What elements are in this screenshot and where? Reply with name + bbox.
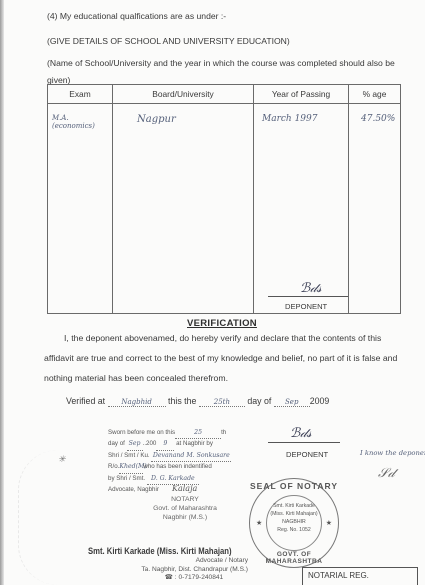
table-row: M.A. (economics) Nagpur March 1997 47.50…: [48, 104, 401, 314]
sworn-deponent-name: Devanand M. Sonkusare: [151, 451, 231, 462]
verified-at-label: Verified at: [66, 396, 105, 406]
section-instruction: (GIVE DETAILS OF SCHOOL AND UNIVERSITY E…: [47, 36, 290, 46]
notary-role: Advocate / Notary: [100, 557, 248, 566]
notary-title: NOTARY: [125, 495, 245, 504]
deponent-signature: ℬ𝒹𝓈: [300, 281, 322, 296]
page-edge: [0, 0, 4, 585]
deponent-label: DEPONENT: [285, 302, 327, 311]
header-exam: Exam: [48, 85, 113, 104]
notary-place: Nagbhir (M.S.): [125, 513, 245, 522]
sworn-line2-suffix: at Nagbhir by: [176, 440, 213, 447]
notarial-reg-box: NOTARIAL REG.: [302, 567, 418, 585]
sworn-year-prefix: 200: [146, 440, 156, 447]
sworn-line4-prefix: R/o.: [108, 463, 119, 470]
identifier-signature: 𝒮𝒹: [378, 466, 395, 481]
verified-line: Verified at Nagbhid this the 25th day of…: [66, 396, 329, 407]
seal-place: NAGBHIR: [267, 518, 321, 526]
star-icon: ★: [256, 519, 262, 527]
notary-address: Ta. Nagbhir, Dist. Chandrapur (M.S.): [100, 566, 248, 575]
table-header-row: Exam Board/University Year of Passing % …: [48, 85, 401, 104]
month-value: Sep: [274, 398, 310, 407]
sworn-line6: Advocate, Nagbhir: [108, 485, 231, 495]
sworn-year-value: 9: [156, 439, 174, 450]
this-the-label: this the: [168, 396, 196, 406]
seal-top-text: SEAL OF NOTARY: [250, 481, 338, 491]
sworn-residence: Khed(M): [119, 462, 143, 473]
signature-line-2: [268, 442, 340, 443]
notary-block: NOTARY Govt. of Maharashtra Nagbhir (M.S…: [125, 495, 245, 522]
notary-address-block: Advocate / Notary Ta. Nagbhir, Dist. Cha…: [100, 557, 248, 583]
section-note-line1: (Name of School/University and the year …: [47, 58, 395, 68]
seal-center: Smt. Kirti Karkade (Miss. Kirti Mahajan)…: [266, 495, 322, 551]
identifier-note: I know the deponent: [360, 449, 425, 457]
notary-seal: SEAL OF NOTARY ★ ★ Smt. Kirti Karkade (M…: [249, 478, 339, 568]
notary-phone: ☎ : 0-7179-240841: [100, 574, 248, 583]
verification-line3: nothing material has been concealed ther…: [44, 368, 404, 388]
cell-board: Nagpur: [113, 104, 254, 314]
stamp-initials: ✳: [58, 455, 66, 465]
sworn-line1-prefix: Sworn before me on this: [108, 429, 175, 436]
sworn-day: 25: [175, 428, 221, 439]
header-percent: % age: [349, 85, 401, 104]
sworn-line4-suffix: who has been indentified: [143, 463, 211, 470]
sworn-block: Sworn before me on this25th day of Sep..…: [108, 428, 231, 495]
cell-percent: 47.50%: [349, 104, 401, 314]
deponent-label-2: DEPONENT: [286, 450, 328, 459]
verification-line2: affidavit are true and correct to the be…: [44, 348, 404, 368]
seal-bottom-text: GOVT. OF MAHARASHTRA: [250, 551, 338, 565]
notary-signature: Ƙalaja: [172, 484, 197, 493]
cell-exam: M.A. (economics): [48, 104, 113, 314]
header-year: Year of Passing: [254, 85, 349, 104]
verified-at-value: Nagbhid: [108, 398, 166, 407]
sworn-month: Sep: [127, 439, 143, 450]
notary-govt: Govt. of Maharashtra: [125, 504, 245, 513]
sworn-line3-prefix: Shri / Smt / Ku.: [108, 452, 150, 459]
day-of-label: day of: [247, 396, 271, 406]
notary-name: Smt. Kirti Karkade (Miss. Kirti Mahajan): [88, 545, 232, 556]
qualifications-table: Exam Board/University Year of Passing % …: [47, 84, 401, 314]
header-board: Board/University: [113, 85, 254, 104]
sworn-line5-prefix: by Shri / Smt.: [108, 475, 145, 482]
section-heading: (4) My educational qualfications are as …: [47, 11, 226, 21]
seal-reg: Reg. No. 1052: [267, 526, 321, 534]
verification-line1: I, the deponent abovenamed, do hereby ve…: [44, 328, 404, 348]
day-value: 25th: [199, 398, 245, 407]
faint-stamp-mark: [18, 450, 109, 585]
sworn-line1-suffix: th: [221, 429, 226, 436]
signature-line: [268, 296, 348, 297]
seal-alt-name: (Miss. Kirti Mahajan): [267, 510, 321, 518]
sworn-line2-prefix: day of: [108, 440, 125, 447]
deponent-signature-2: ℬ𝒹𝓈: [290, 426, 312, 441]
star-icon: ★: [326, 519, 332, 527]
verified-year: 2009: [310, 396, 330, 406]
seal-name: Smt. Kirti Karkade: [267, 502, 321, 510]
